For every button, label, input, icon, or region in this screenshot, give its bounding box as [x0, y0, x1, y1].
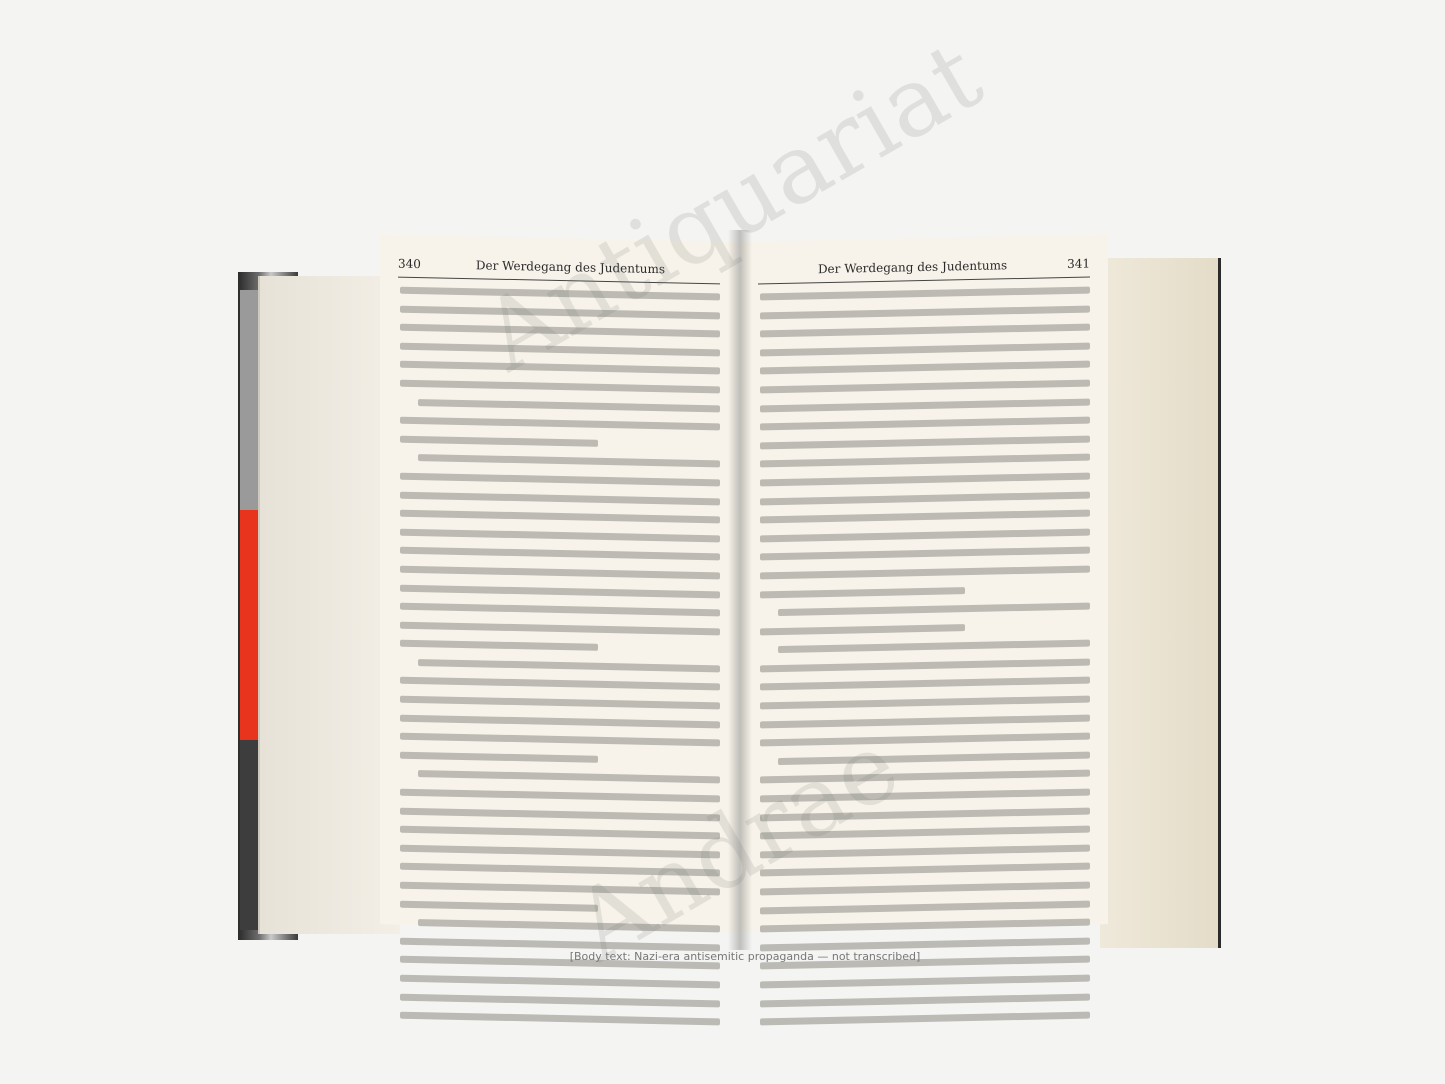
- running-header-left: 340 Der Werdegang des Judentums: [398, 257, 720, 285]
- book-gutter-shadow: [728, 230, 752, 950]
- body-text-placeholder: [400, 287, 720, 1037]
- page-left: 340 Der Werdegang des Judentums: [380, 234, 738, 931]
- page-number: 340: [398, 257, 421, 271]
- page-block-left: [258, 276, 400, 934]
- photo-scene: 340 Der Werdegang des Judentums Der Werd…: [0, 0, 1445, 1084]
- page-number: 341: [1067, 257, 1090, 271]
- body-text-placeholder: [760, 287, 1090, 1038]
- page-block-right: [1100, 258, 1221, 948]
- running-header-right: Der Werdegang des Judentums 341: [758, 257, 1090, 285]
- running-title: Der Werdegang des Judentums: [818, 258, 1007, 276]
- page-right: Der Werdegang des Judentums 341: [740, 234, 1108, 932]
- running-title: Der Werdegang des Judentums: [476, 258, 665, 276]
- content-note: [Body text: Nazi-era antisemitic propaga…: [380, 950, 1110, 963]
